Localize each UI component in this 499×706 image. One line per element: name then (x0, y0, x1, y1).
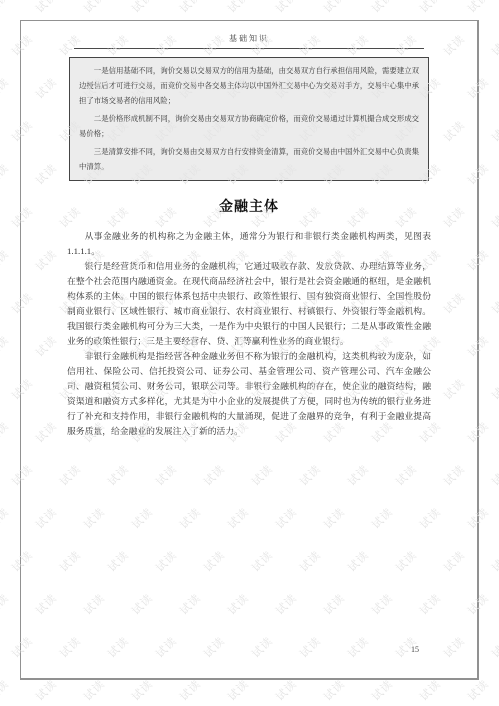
trial-watermark: 试读 (416, 0, 444, 16)
trial-watermark: 试读 (0, 0, 12, 16)
trial-watermark: 试读 (464, 0, 492, 16)
page-frame: 基础知识 一是信用基础不同，询价交易以交易双方的信用为基础，由交易双方自行承担信… (20, 20, 479, 680)
trial-watermark: 试读 (176, 0, 204, 16)
trial-watermark: 试读 (0, 590, 12, 618)
info-box-paragraph: 一是信用基础不同，询价交易以交易双方的信用为基础，由交易双方自行承担信用风险，需… (79, 63, 419, 108)
document-page: { "page": { "running_head": "基础知识", "pag… (0, 0, 499, 706)
trial-watermark: 试读 (488, 461, 499, 489)
trial-watermark: 试读 (488, 31, 499, 59)
trial-watermark: 试读 (320, 676, 348, 704)
trial-watermark: 试读 (128, 0, 156, 16)
info-box: 一是信用基础不同，询价交易以交易双方的信用为基础，由交易双方自行承担信用风险，需… (69, 57, 429, 181)
trial-watermark: 试读 (224, 0, 252, 16)
trial-watermark: 试读 (272, 676, 300, 704)
header-rule (74, 48, 424, 49)
trial-watermark: 试读 (0, 504, 12, 532)
trial-watermark: 试读 (80, 676, 108, 704)
trial-watermark: 试读 (488, 375, 499, 403)
trial-watermark: 试读 (488, 203, 499, 231)
trial-watermark: 试读 (488, 633, 499, 661)
trial-watermark: 试读 (488, 547, 499, 575)
trial-watermark: 试读 (176, 676, 204, 704)
trial-watermark: 试读 (0, 332, 12, 360)
trial-watermark: 试读 (0, 418, 12, 446)
trial-watermark: 试读 (0, 74, 12, 102)
trial-watermark: 试读 (320, 0, 348, 16)
trial-watermark: 试读 (128, 676, 156, 704)
trial-watermark: 试读 (368, 676, 396, 704)
trial-watermark: 试读 (416, 676, 444, 704)
info-box-paragraph: 二是价格形成机制不同，询价交易由交易双方协商确定价格，而竞价交易通过计算机撮合成… (79, 111, 419, 141)
trial-watermark: 试读 (224, 676, 252, 704)
trial-watermark: 试读 (488, 117, 499, 145)
trial-watermark: 试读 (488, 289, 499, 317)
trial-watermark: 试读 (32, 0, 60, 16)
trial-watermark: 试读 (464, 676, 492, 704)
section-title: 金融主体 (21, 196, 477, 216)
trial-watermark: 试读 (80, 0, 108, 16)
trial-watermark: 试读 (0, 676, 12, 704)
info-box-paragraph: 三是清算安排不同，询价交易由交易双方自行安排资金清算，而竞价交易由中国外汇交易中… (79, 144, 419, 174)
page-number: 15 (411, 645, 419, 654)
trial-watermark: 试读 (368, 0, 396, 16)
body-paragraph: 银行是经营货币和信用业务的金融机构，它通过吸收存款、发放贷款、办理结算等业务，在… (67, 259, 431, 349)
trial-watermark: 试读 (0, 160, 12, 188)
body-paragraph: 非银行金融机构是指经营各种金融业务但不称为银行的金融机构，这类机构较为庞杂，如信… (67, 349, 431, 439)
body-paragraph: 从事金融业务的机构称之为金融主体，通常分为银行和非银行类金融机构两类，见图表1.… (67, 229, 431, 259)
trial-watermark: 试读 (272, 0, 300, 16)
running-head: 基础知识 (21, 33, 477, 44)
trial-watermark: 试读 (32, 676, 60, 704)
trial-watermark: 试读 (0, 246, 12, 274)
section-body: 从事金融业务的机构称之为金融主体，通常分为银行和非银行类金融机构两类，见图表1.… (67, 229, 431, 439)
